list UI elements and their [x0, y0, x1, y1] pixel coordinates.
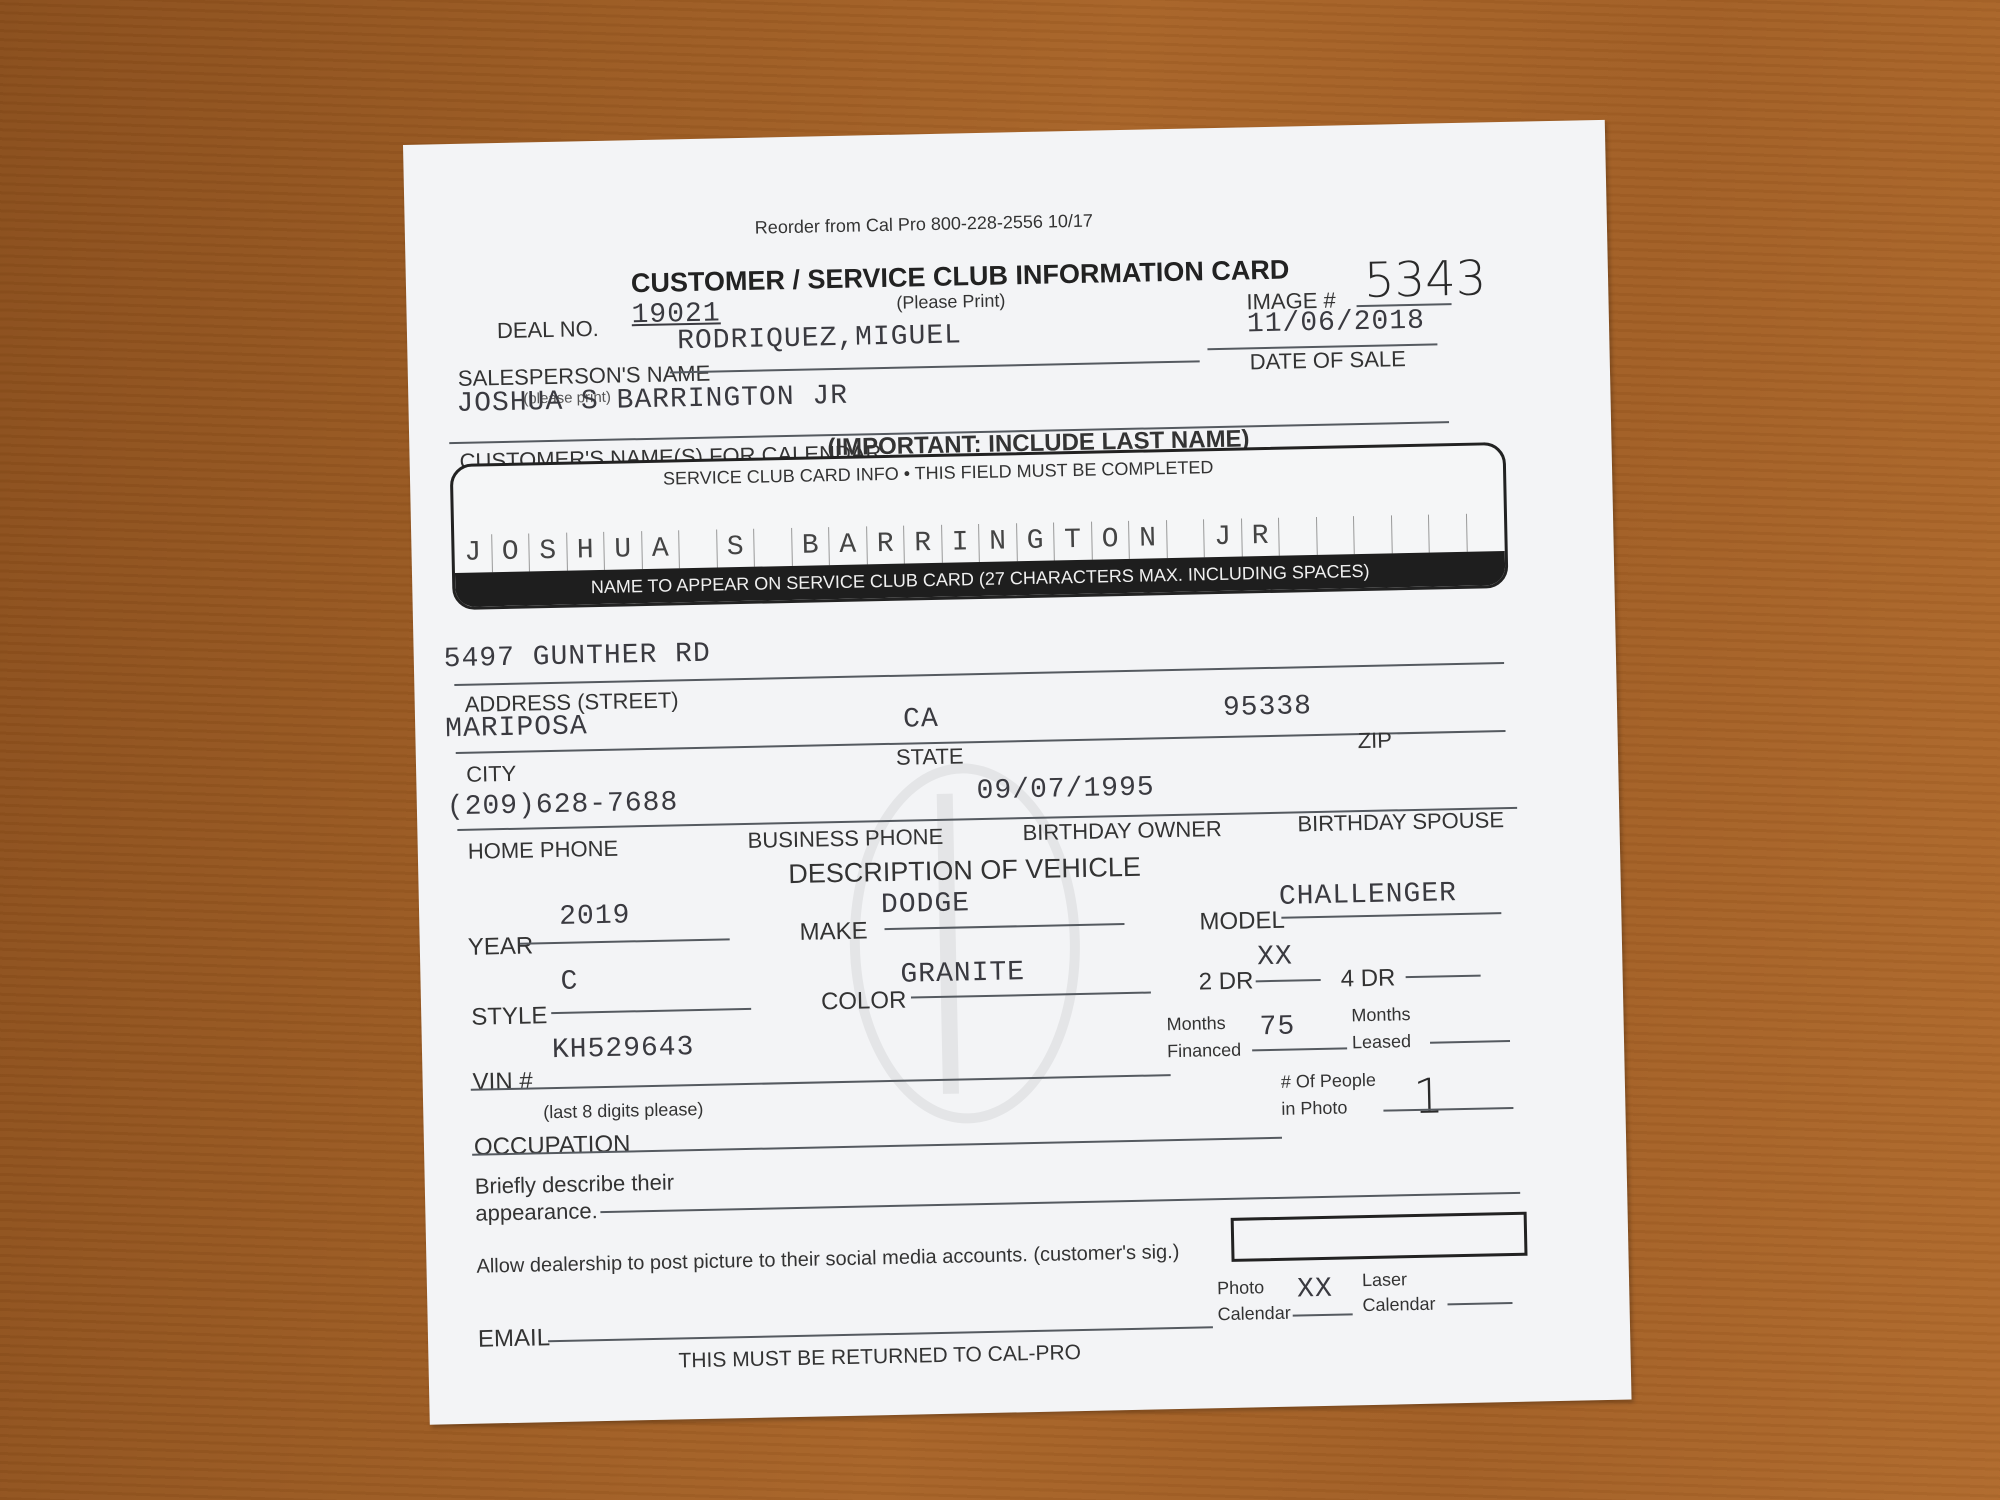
color-label: COLOR — [821, 987, 907, 1017]
people-in-photo-value[interactable]: 1 — [1413, 1068, 1445, 1125]
customer-info-card: Reorder from Cal Pro 800-228-2556 10/17 … — [403, 120, 1632, 1425]
photo-calendar-label-1: Photo — [1217, 1277, 1264, 1299]
service-club-char-cell[interactable] — [1279, 517, 1317, 556]
city-label: CITY — [466, 761, 517, 788]
vin-value[interactable]: KH529643 — [552, 1032, 695, 1066]
service-club-char-cell[interactable]: G — [1017, 522, 1055, 561]
months-leased-line — [1430, 1040, 1510, 1044]
vin-line — [471, 1074, 1171, 1091]
date-of-sale-label: DATE OF SALE — [1249, 346, 1406, 375]
occupation-label: OCCUPATION — [474, 1130, 631, 1161]
service-club-char-cell[interactable]: H — [567, 532, 605, 571]
two-dr-line — [1256, 979, 1321, 982]
service-club-box: SERVICE CLUB CARD INFO • THIS FIELD MUST… — [450, 442, 1509, 610]
photo-calendar-value[interactable]: XX — [1297, 1274, 1333, 1306]
people-in-photo-label-1: # Of People — [1281, 1070, 1376, 1093]
service-club-char-cell[interactable]: S — [529, 533, 567, 572]
make-value[interactable]: DODGE — [881, 888, 971, 921]
home-phone-label: HOME PHONE — [468, 836, 619, 865]
service-club-char-cell[interactable]: R — [867, 526, 905, 565]
style-value[interactable]: C — [560, 967, 578, 998]
service-club-char-cell[interactable]: A — [829, 526, 867, 565]
appearance-label-1: Briefly describe their — [475, 1170, 675, 1200]
year-line — [520, 938, 730, 944]
birthday-owner-label: BIRTHDAY OWNER — [1022, 816, 1222, 846]
image-no-value[interactable]: 5343 — [1363, 250, 1486, 309]
months-financed-label-2: Financed — [1167, 1040, 1241, 1063]
social-consent-label: Allow dealership to post picture to thei… — [476, 1241, 1179, 1279]
return-note: THIS MUST BE RETURNED TO CAL-PRO — [678, 1341, 1081, 1373]
salesperson-value[interactable]: RODRIQUEZ,MIGUEL — [677, 320, 962, 357]
service-club-char-cell[interactable]: T — [1054, 522, 1092, 561]
zip-value[interactable]: 95338 — [1223, 691, 1313, 724]
months-financed-label-1: Months — [1166, 1013, 1225, 1035]
service-club-char-cell[interactable]: S — [717, 529, 755, 568]
vehicle-heading: DESCRIPTION OF VEHICLE — [788, 852, 1141, 890]
service-club-header: SERVICE CLUB CARD INFO • THIS FIELD MUST… — [663, 457, 1214, 490]
birthday-owner-value[interactable]: 09/07/1995 — [976, 772, 1155, 807]
service-club-char-cell[interactable]: U — [604, 531, 642, 570]
appearance-line — [600, 1192, 1520, 1213]
reorder-line: Reorder from Cal Pro 800-228-2556 10/17 — [755, 211, 1094, 239]
email-line — [548, 1326, 1213, 1342]
two-dr-label: 2 DR — [1198, 967, 1253, 996]
months-leased-label-1: Months — [1351, 1004, 1410, 1026]
vin-label: VIN # — [472, 1067, 533, 1096]
customer-signature-box[interactable] — [1231, 1212, 1528, 1262]
make-label: MAKE — [799, 917, 868, 946]
birthday-spouse-label: BIRTHDAY SPOUSE — [1297, 807, 1504, 837]
deal-no-label: DEAL NO. — [497, 316, 599, 344]
year-value[interactable]: 2019 — [559, 900, 631, 932]
four-dr-line — [1406, 975, 1481, 979]
style-label: STYLE — [471, 1002, 548, 1032]
model-value[interactable]: CHALLENGER — [1279, 878, 1458, 913]
model-label: MODEL — [1199, 907, 1285, 937]
service-club-char-cell[interactable]: R — [904, 525, 942, 564]
service-club-char-cell[interactable] — [1167, 519, 1205, 558]
city-line — [456, 730, 1506, 754]
salesperson-line — [670, 360, 1200, 373]
laser-calendar-label-1: Laser — [1362, 1269, 1407, 1291]
months-financed-line — [1252, 1047, 1347, 1051]
color-value[interactable]: GRANITE — [900, 957, 1025, 991]
months-leased-label-2: Leased — [1352, 1031, 1411, 1053]
style-line — [551, 1008, 751, 1014]
months-financed-value[interactable]: 75 — [1259, 1012, 1295, 1044]
service-club-char-cell[interactable] — [754, 528, 792, 567]
service-club-char-cell[interactable] — [1354, 515, 1392, 554]
four-dr-label: 4 DR — [1340, 964, 1395, 993]
zip-label: ZIP — [1357, 727, 1392, 754]
model-line — [1281, 912, 1501, 919]
laser-calendar-label-2: Calendar — [1362, 1294, 1435, 1317]
appearance-label-2: appearance. — [475, 1198, 598, 1227]
city-value[interactable]: MARIPOSA — [445, 711, 588, 745]
service-club-char-cell[interactable] — [679, 530, 717, 569]
service-club-char-cell[interactable]: N — [1129, 520, 1167, 559]
service-club-char-cell[interactable]: O — [1092, 521, 1130, 560]
service-club-char-cell[interactable]: I — [942, 524, 980, 563]
business-phone-label: BUSINESS PHONE — [747, 824, 943, 854]
vin-note: (last 8 digits please) — [543, 1099, 703, 1123]
service-club-char-cell[interactable]: N — [979, 523, 1017, 562]
service-club-char-cell[interactable] — [1316, 516, 1354, 555]
service-club-char-cell[interactable]: B — [792, 527, 830, 566]
service-club-char-cell[interactable]: R — [1242, 518, 1280, 557]
date-of-sale-value[interactable]: 11/06/2018 — [1247, 306, 1426, 341]
service-club-char-cell[interactable]: O — [492, 533, 530, 572]
people-in-photo-line — [1383, 1107, 1513, 1112]
service-club-char-cell[interactable]: J — [1204, 519, 1242, 558]
people-in-photo-label-2: in Photo — [1281, 1097, 1347, 1119]
please-print-note: (Please Print) — [896, 290, 1005, 313]
photo-calendar-line — [1293, 1313, 1353, 1316]
two-dr-value[interactable]: XX — [1257, 942, 1293, 974]
address-value[interactable]: 5497 GUNTHER RD — [443, 639, 711, 676]
laser-calendar-line — [1447, 1302, 1512, 1305]
email-label: EMAIL — [478, 1324, 551, 1354]
service-club-char-cell[interactable] — [1429, 514, 1467, 553]
year-label: YEAR — [468, 932, 534, 961]
service-club-char-cell[interactable]: J — [454, 534, 492, 573]
photo-calendar-label-2: Calendar — [1217, 1303, 1290, 1326]
state-value[interactable]: CA — [903, 704, 939, 736]
home-phone-value[interactable]: (209)628-7688 — [447, 787, 679, 823]
service-club-char-cell[interactable] — [1391, 515, 1429, 554]
service-club-char-cell[interactable]: A — [642, 530, 680, 569]
state-label: STATE — [896, 743, 964, 770]
